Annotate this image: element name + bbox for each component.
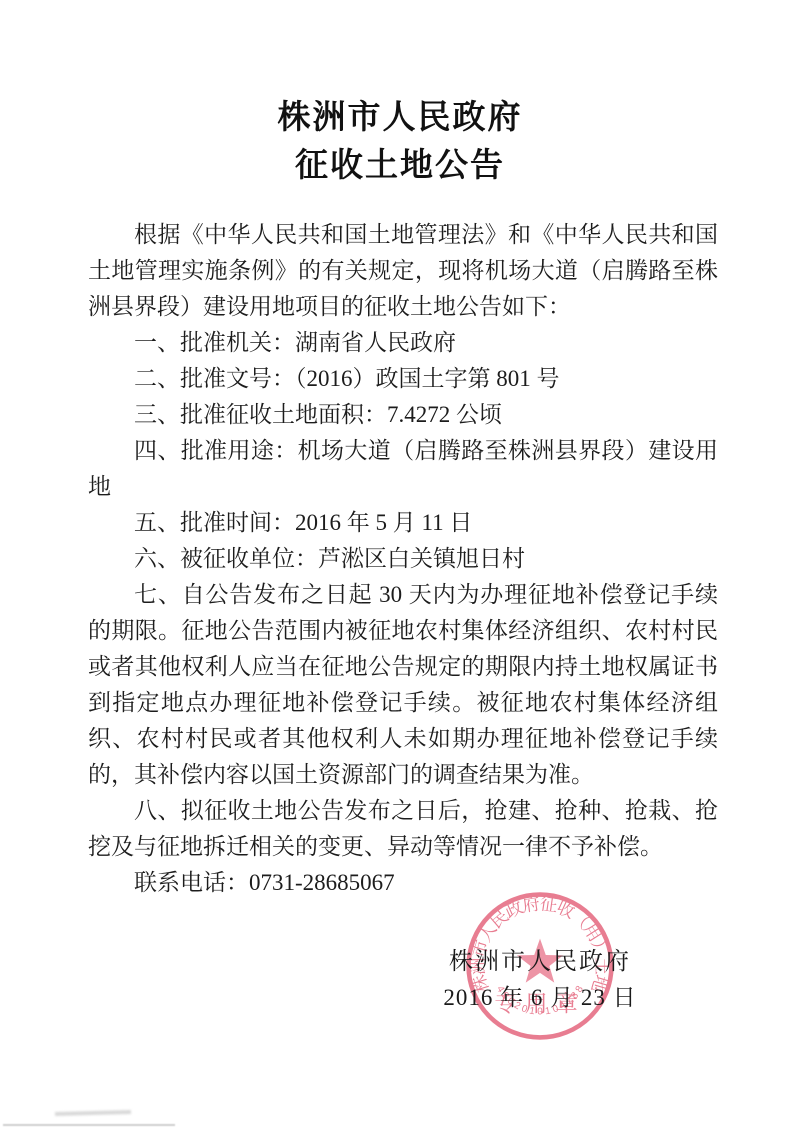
contact-phone-line: 联系电话：0731-28685067 — [88, 865, 718, 901]
scan-artifact-smudge — [55, 1110, 131, 1116]
item-7-registration: 七、自公告发布之日起 30 天内为办理征地补偿登记手续的期限。征地公告范围内被征… — [88, 577, 718, 793]
item-4-usage: 四、批准用途：机场大道（启腾路至株洲县界段）建设用地 — [88, 433, 718, 505]
item-1-approver: 一、批准机关：湖南省人民政府 — [88, 325, 718, 361]
item-5-approval-date: 五、批准时间：2016 年 5 月 11 日 — [88, 505, 718, 541]
item-6-unit: 六、被征收单位：芦淞区白关镇旭日村 — [88, 541, 718, 577]
item-8-no-compensation: 八、拟征收土地公告发布之日后，抢建、抢种、抢栽、抢挖及与征地拆迁相关的变更、异动… — [88, 793, 718, 865]
signature-issuer: 株洲市人民政府 — [420, 947, 660, 977]
document-title-line1: 株洲市人民政府 — [0, 96, 800, 140]
signature-block: 株洲市人民政府 2016 年 6 月 23 日 — [420, 947, 660, 1013]
document-title-line2: 征收土地公告 — [0, 144, 800, 188]
intro-paragraph: 根据《中华人民共和国土地管理法》和《中华人民共和国土地管理实施条例》的有关规定，… — [88, 217, 718, 325]
scan-artifact-streak — [3, 1124, 175, 1126]
signature-date: 2016 年 6 月 23 日 — [420, 983, 660, 1013]
item-3-land-area: 三、批准征收土地面积：7.4272 公顷 — [88, 397, 718, 433]
document-page: 株洲市人民政府 征收土地公告 根据《中华人民共和国土地管理法》和《中华人民共和国… — [0, 0, 800, 1129]
item-2-doc-number: 二、批准文号：（2016）政国土字第 801 号 — [88, 361, 718, 397]
document-body: 根据《中华人民共和国土地管理法》和《中华人民共和国土地管理实施条例》的有关规定，… — [88, 217, 718, 901]
